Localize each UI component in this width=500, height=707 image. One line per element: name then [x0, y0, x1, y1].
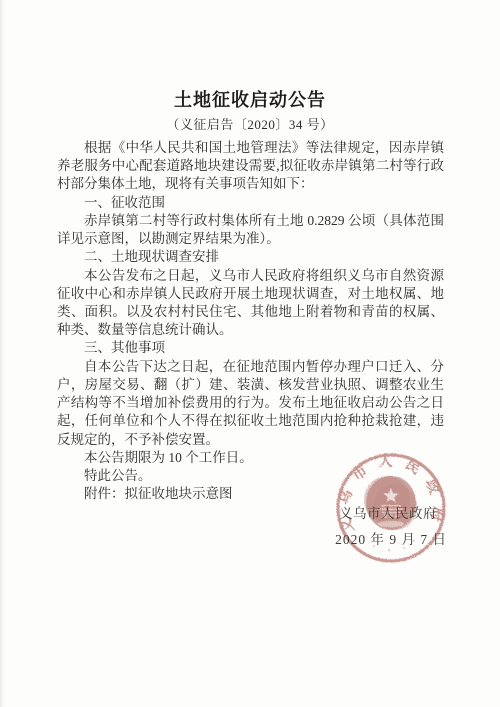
page-title: 土地征收启动公告	[0, 86, 500, 112]
body-line: 本公告发布之日起，义乌市人民政府将组织义乌市自然资源	[57, 267, 444, 285]
body-line: 自本公告下达之日起，在征地范围内暂停办理户口迁入、分	[57, 358, 444, 376]
body-line: 赤岸镇第二村等行政村集体所有土地 0.2829 公顷（具体范围	[57, 212, 444, 230]
body-line: 户，房屋交易、翻（扩）建、装潢、核发营业执照、调整农业生	[57, 376, 444, 394]
body-line: 详见示意图，以勘测定界结果为准）。	[57, 230, 444, 248]
body-line: 养老服务中心配套道路地块建设需要,拟征收赤岸镇第二村等行政	[57, 157, 444, 175]
body-line: 一、征收范围	[57, 194, 444, 212]
body-line: 三、其他事项	[57, 339, 444, 357]
body-line: 根据《中华人民共和国土地管理法》等法律规定，因赤岸镇	[57, 139, 444, 157]
scanned-announcement-page: 土地征收启动公告 （义征启告〔2020〕34 号） 根据《中华人民共和国土地管理…	[0, 0, 500, 707]
body-line: 产结构等不当增加补偿费用的行为。发布土地征收启动公告之日	[57, 394, 444, 412]
body-line: 村部分集体土地，现将有关事项告知如下：	[57, 175, 444, 193]
body-line: 类、面积。以及农村村民住宅、其他地上附着物和青苗的权属、	[57, 303, 444, 321]
announcement-body: 根据《中华人民共和国土地管理法》等法律规定，因赤岸镇养老服务中心配套道路地块建设…	[57, 139, 444, 503]
document-number: （义征启告〔2020〕34 号）	[0, 114, 500, 133]
issuer-signature: 义乌市人民政府	[339, 502, 437, 522]
issue-date: 2020 年 9 月 7 日	[335, 528, 447, 548]
body-line: 起，任何单位和个人不得在拟征收土地范围内抢种抢栽抢建，违	[57, 412, 444, 430]
body-line: 二、土地现状调查安排	[57, 248, 444, 266]
body-line: 种类、数量等信息统计确认。	[57, 321, 444, 339]
body-line: 反规定的，不予补偿安置。	[57, 431, 444, 449]
body-line: 征收中心和赤岸镇人民政府开展土地现状调查，对土地权属、地	[57, 285, 444, 303]
